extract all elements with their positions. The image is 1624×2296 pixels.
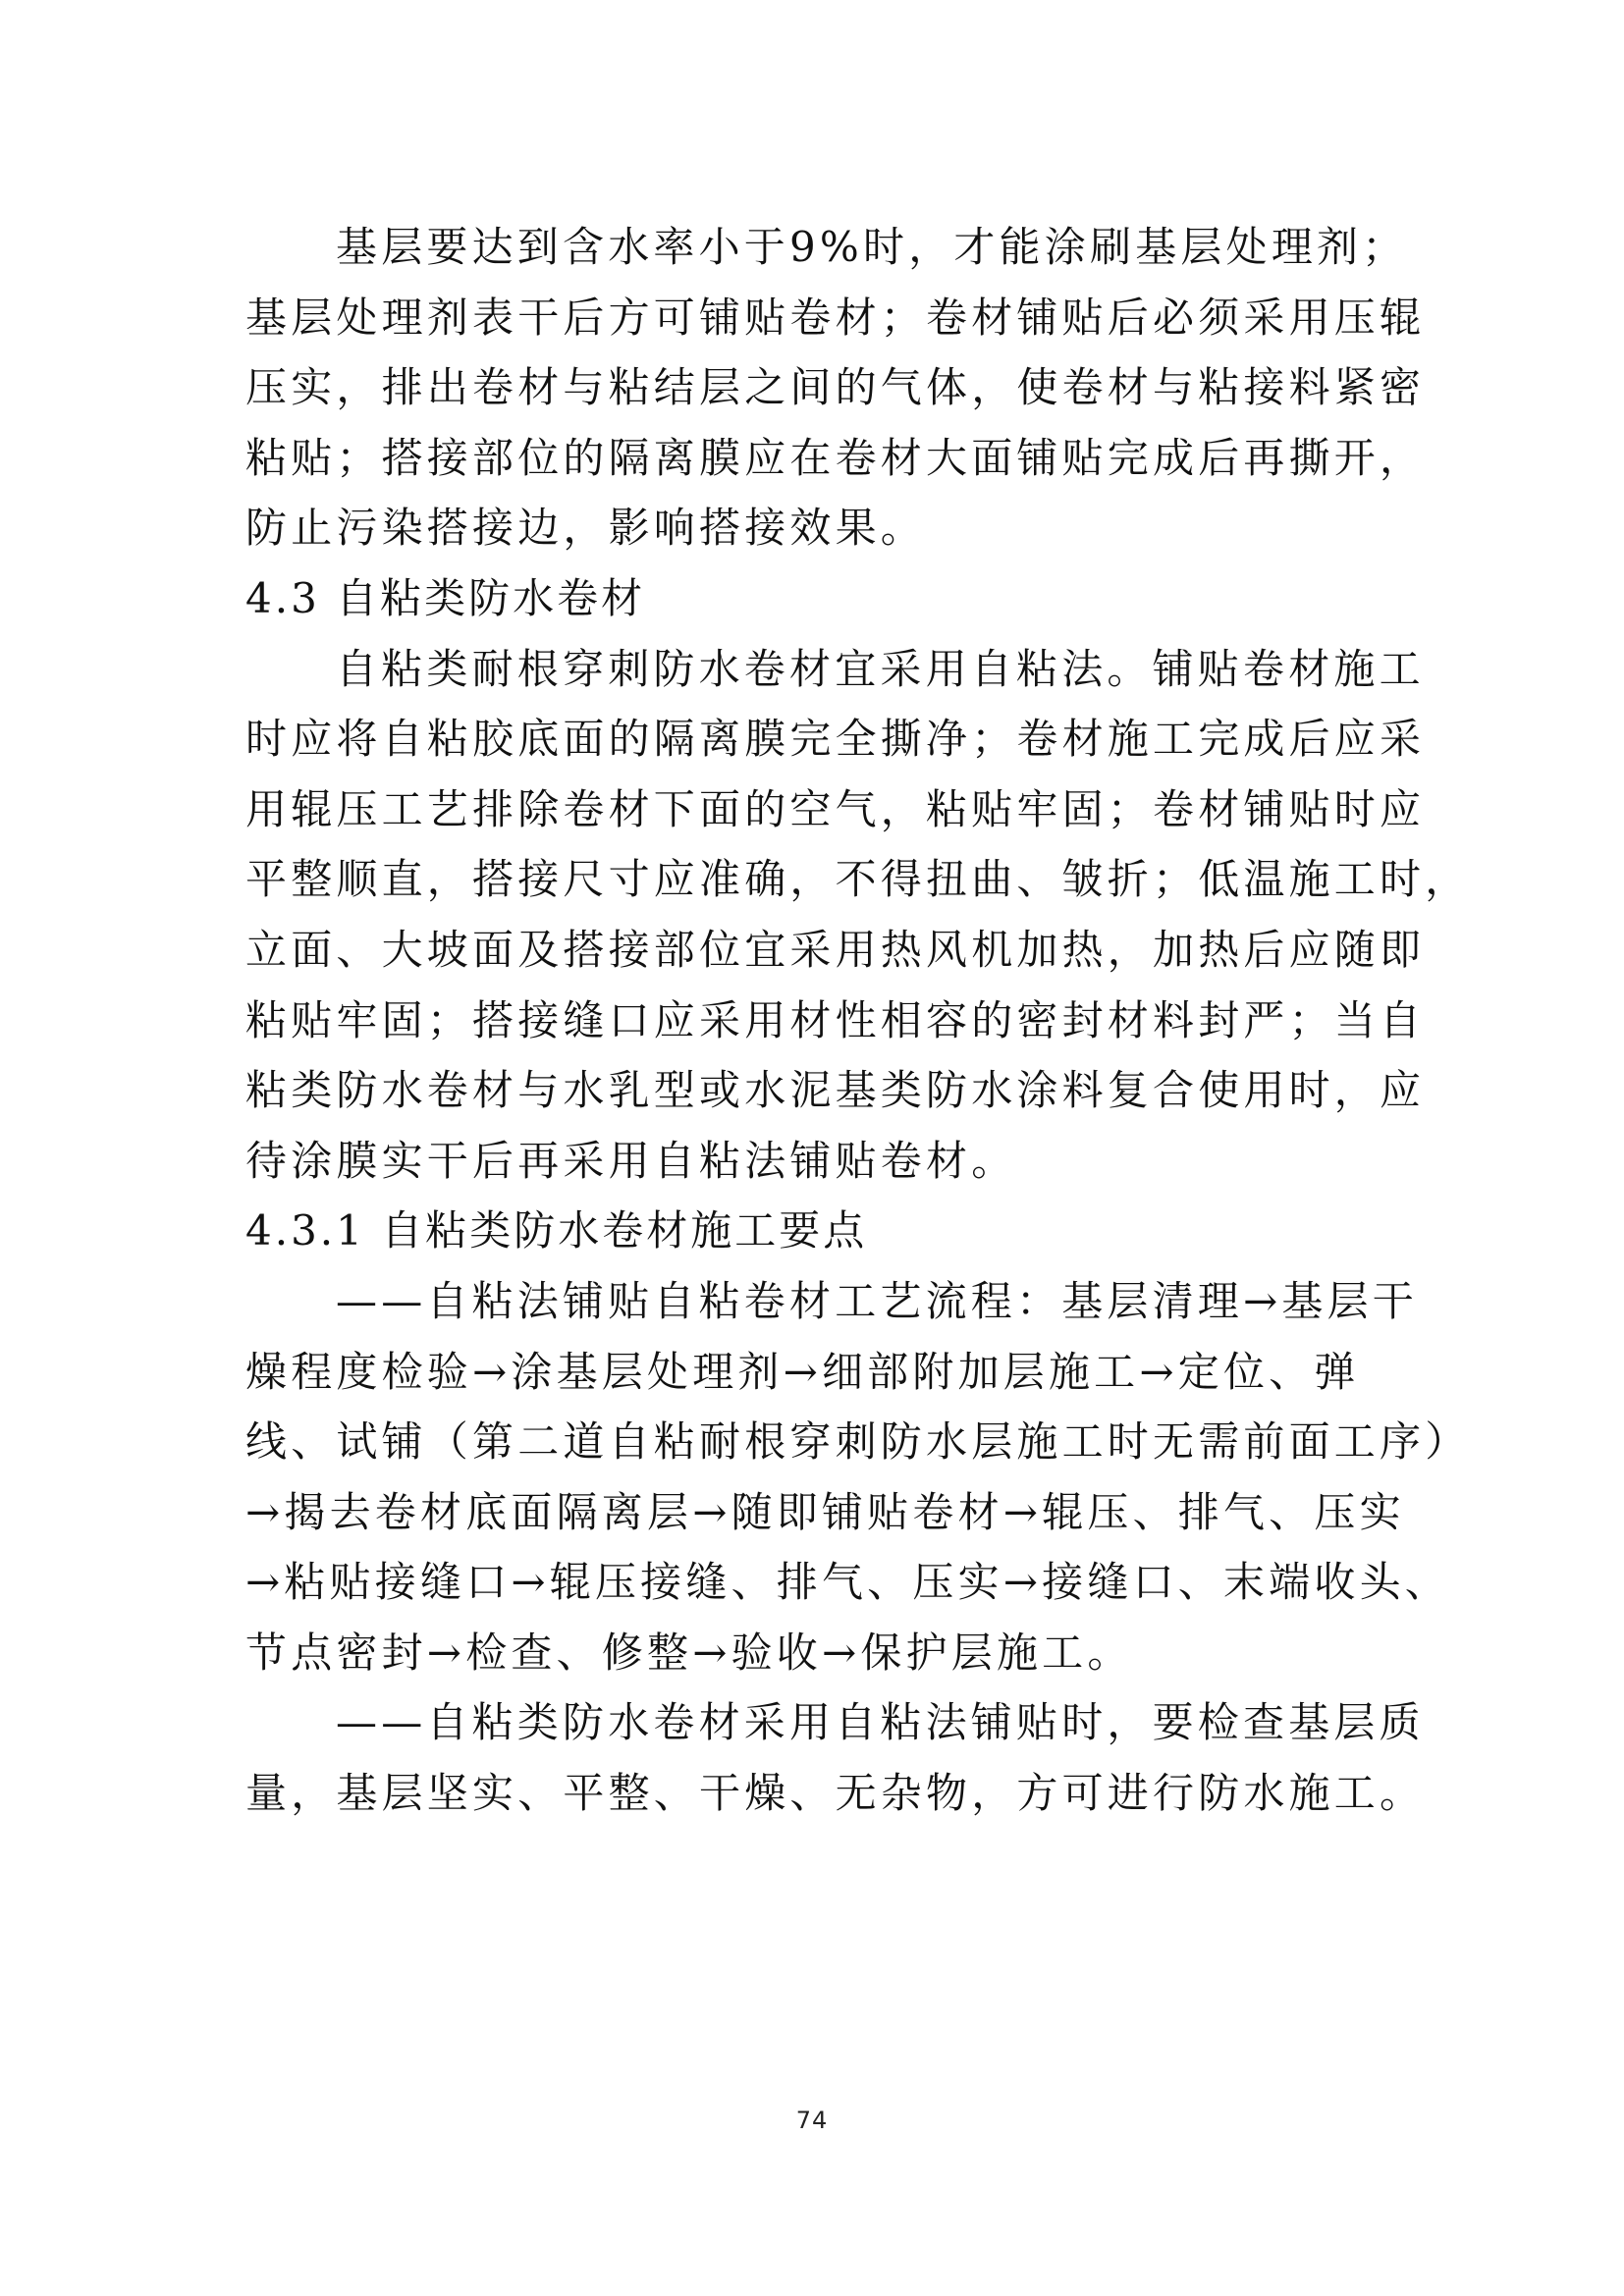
text-line: ——自粘类防水卷材采用自粘法铺贴时，要检查基层质 <box>245 1693 1386 1764</box>
paragraph-base-inspection: ——自粘类防水卷材采用自粘法铺贴时，要检查基层质 量，基层坚实、平整、干燥、无杂… <box>245 1693 1386 1834</box>
text-line: 粘贴牢固；搭接缝口应采用材性相容的密封材料封严；当自 <box>245 991 1386 1062</box>
page-body: 基层要达到含水率小于9%时，才能涂刷基层处理剂； 基层处理剂表干后方可铺贴卷材；… <box>245 218 1386 1835</box>
paragraph-self-adhesive-method: 自粘类耐根穿刺防水卷材宜采用自粘法。铺贴卷材施工 时应将自粘胶底面的隔离膜完全撕… <box>245 640 1386 1202</box>
text-line: →粘贴接缝口→辊压接缝、排气、压实→接缝口、末端收头、 <box>245 1553 1386 1624</box>
paragraph-process-flow: ——自粘法铺贴自粘卷材工艺流程：基层清理→基层干 燥程度检验→涂基层处理剂→细部… <box>245 1272 1386 1694</box>
text-line: 时应将自粘胶底面的隔离膜完全撕净；卷材施工完成后应采 <box>245 710 1386 780</box>
text-line: 燥程度检验→涂基层处理剂→细部附加层施工→定位、弹 <box>245 1343 1386 1414</box>
text-line: 自粘类耐根穿刺防水卷材宜采用自粘法。铺贴卷材施工 <box>245 640 1386 711</box>
text-line: →揭去卷材底面隔离层→随即铺贴卷材→辊压、排气、压实 <box>245 1483 1386 1554</box>
text-line: 用辊压工艺排除卷材下面的空气，粘贴牢固；卷材铺贴时应 <box>245 780 1386 851</box>
section-heading-4-3: 4.3 自粘类防水卷材 <box>245 569 1386 640</box>
text-line: 防止污染搭接边，影响搭接效果。 <box>245 499 1386 569</box>
text-line: 线、试铺（第二道自粘耐根穿刺防水层施工时无需前面工序） <box>245 1413 1386 1483</box>
page-number: 74 <box>0 2107 1624 2134</box>
text-line: 量，基层坚实、平整、干燥、无杂物，方可进行防水施工。 <box>245 1764 1386 1835</box>
text-line: 节点密封→检查、修整→验收→保护层施工。 <box>245 1624 1386 1694</box>
paragraph-base-treatment: 基层要达到含水率小于9%时，才能涂刷基层处理剂； 基层处理剂表干后方可铺贴卷材；… <box>245 218 1386 569</box>
text-line: 平整顺直，搭接尺寸应准确，不得扭曲、皱折；低温施工时， <box>245 850 1386 921</box>
text-line: 压实，排出卷材与粘结层之间的气体，使卷材与粘接料紧密 <box>245 358 1386 429</box>
section-heading-4-3-1: 4.3.1 自粘类防水卷材施工要点 <box>245 1201 1386 1272</box>
text-line: 立面、大坡面及搭接部位宜采用热风机加热，加热后应随即 <box>245 921 1386 991</box>
text-line: ——自粘法铺贴自粘卷材工艺流程：基层清理→基层干 <box>245 1272 1386 1343</box>
document-page: 基层要达到含水率小于9%时，才能涂刷基层处理剂； 基层处理剂表干后方可铺贴卷材；… <box>0 0 1624 2296</box>
text-line: 待涂膜实干后再采用自粘法铺贴卷材。 <box>245 1132 1386 1202</box>
text-line: 基层要达到含水率小于9%时，才能涂刷基层处理剂； <box>245 218 1386 289</box>
text-line: 基层处理剂表干后方可铺贴卷材；卷材铺贴后必须采用压辊 <box>245 289 1386 359</box>
text-line: 粘贴；搭接部位的隔离膜应在卷材大面铺贴完成后再撕开， <box>245 429 1386 500</box>
text-line: 粘类防水卷材与水乳型或水泥基类防水涂料复合使用时，应 <box>245 1061 1386 1132</box>
